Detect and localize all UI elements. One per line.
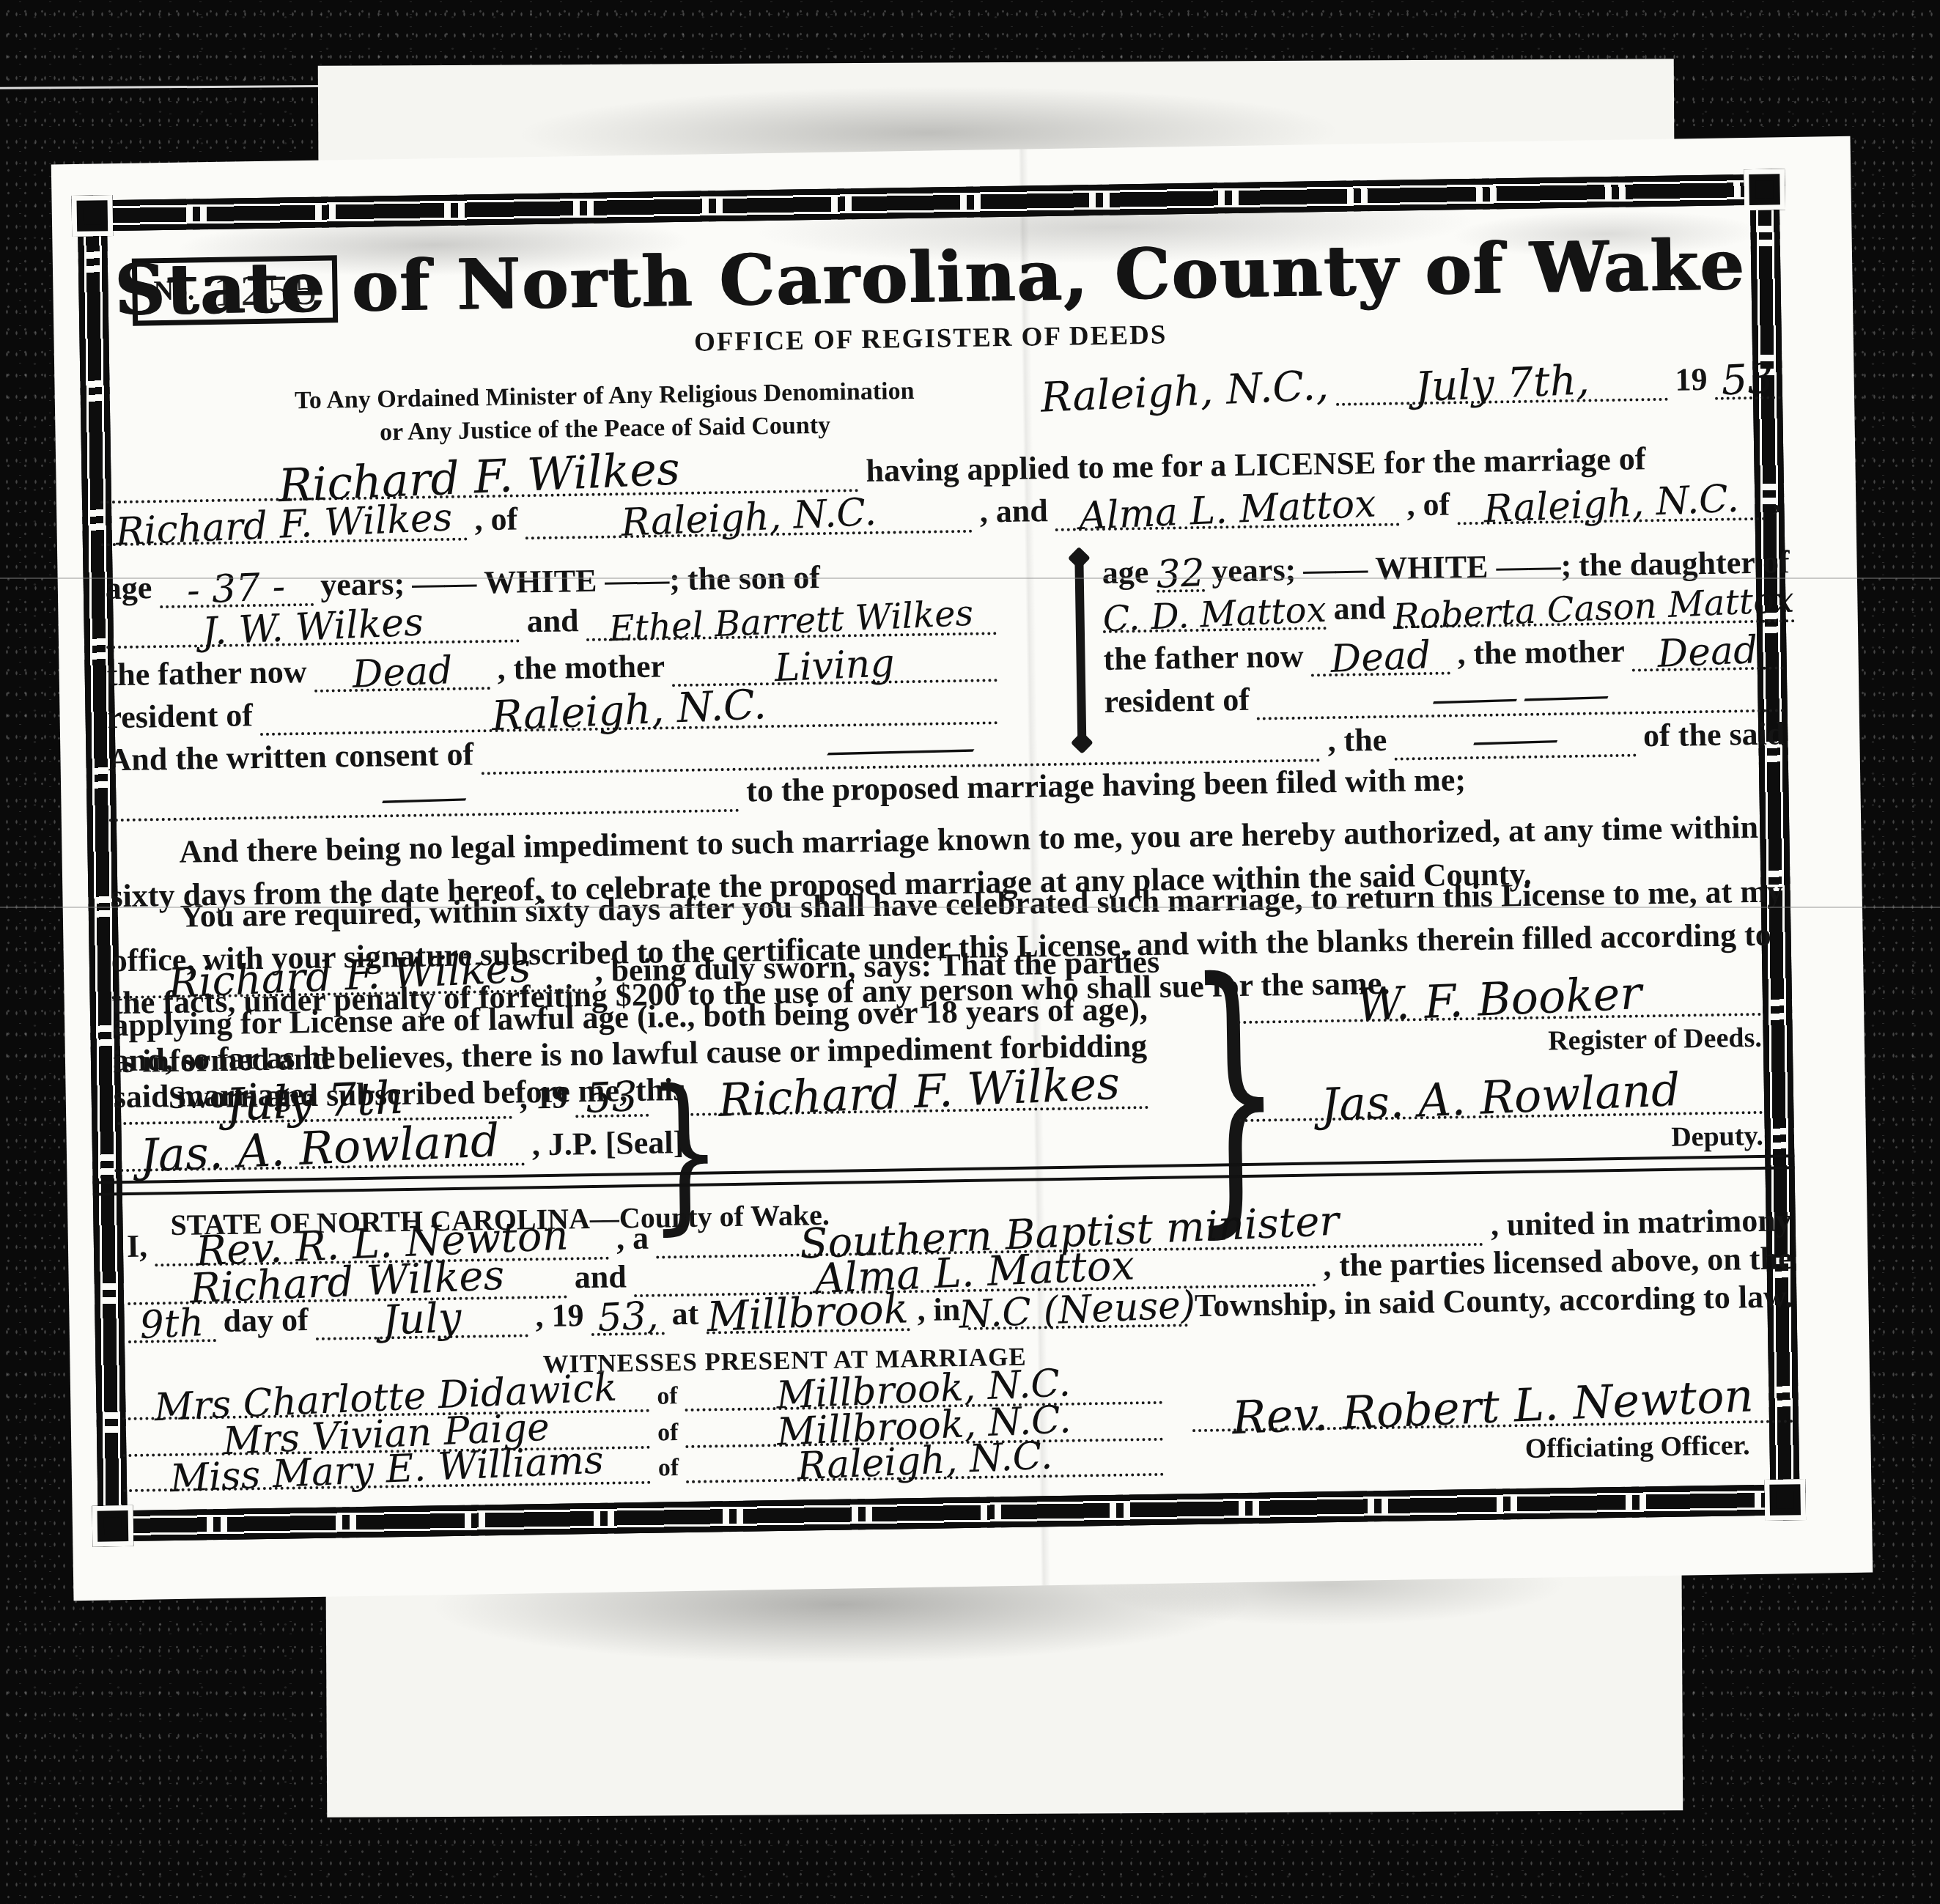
age-label: age <box>1102 554 1148 594</box>
of-label: , of <box>1406 487 1450 526</box>
consent-stroke-3: — <box>377 783 471 815</box>
a-label: , a <box>616 1220 649 1259</box>
scanner-artifact-line <box>0 907 1940 908</box>
jp-signature-handwritten: Jas. A. Rowland <box>139 1123 500 1174</box>
comma: , <box>1772 481 1781 520</box>
marriage-month-handwritten: July <box>382 1302 462 1337</box>
bride-residence-handwritten: Raleigh, N.C. <box>1483 484 1739 525</box>
year-prefix: , 19 <box>535 1298 584 1337</box>
marriage-day-handwritten: 9th <box>139 1309 204 1341</box>
witness-name-blank: Miss Mary E. Williams <box>123 1451 652 1492</box>
sworn-year-blank: 53 <box>575 1082 649 1118</box>
witness-place-handwritten: Raleigh, N.C. <box>797 1442 1053 1483</box>
witness-place-blank: Raleigh, N.C. <box>686 1443 1164 1483</box>
dateline-year-blank: 53 <box>1714 364 1781 400</box>
deputy-signature-blank: Jas. A. Rowland <box>1239 1076 1763 1123</box>
groom-mother-status-blank: Living <box>672 649 997 687</box>
dateline-row: Raleigh, N.C., July 7th, 19 53 <box>1040 353 1781 410</box>
of-label: of <box>657 1418 679 1449</box>
border-corner <box>1744 169 1785 210</box>
and-label: and <box>1333 590 1386 630</box>
bride-name-blank: Alma L. Mattox <box>1055 493 1400 531</box>
bride-age-handwritten: 32 <box>1155 558 1205 590</box>
bride-residence-blank: Raleigh, N.C. <box>1457 487 1766 525</box>
consent-blank-3: — <box>108 779 740 822</box>
dateline-date-blank: July 7th, <box>1335 366 1668 406</box>
marriage-month-blank: July <box>315 1302 528 1340</box>
groom-residence-handwritten: Raleigh, N.C. <box>621 498 877 539</box>
marriage-year-handwritten: 53, <box>597 1302 658 1334</box>
years-label: years; <box>320 566 405 605</box>
father-now-label: the father now <box>1103 638 1304 680</box>
township-label: Township, in said County, according to l… <box>1195 1279 1793 1326</box>
border-corner <box>1764 1479 1806 1521</box>
groom-mother-blank: Ethel Barrett Wilkes <box>586 605 997 641</box>
mother-label: , the mother <box>497 649 665 690</box>
bride-mother-status-blank: Dead <box>1632 637 1784 672</box>
dateline-date-handwritten: July 7th, <box>1414 365 1590 405</box>
i-label: I, <box>127 1228 148 1267</box>
groom-father-status-blank: Dead <box>314 657 490 693</box>
bride-father-status-blank: Dead <box>1310 642 1450 677</box>
register-signature-blank: W. F. Booker <box>1237 978 1762 1025</box>
dateline-place-handwritten: Raleigh, N.C., <box>1040 370 1329 415</box>
witness-name-handwritten: Miss Mary E. Williams <box>169 1446 604 1494</box>
sworn-year-prefix: , 19 <box>519 1080 568 1119</box>
applicant-signature-blank: Richard F. Wilkes <box>690 1071 1148 1116</box>
groom-name-handwritten: Richard F. Wilkes <box>115 503 453 548</box>
in-label: , in <box>917 1292 961 1332</box>
of-label: of <box>657 1381 678 1412</box>
mother-label: , the mother <box>1457 633 1625 674</box>
groom-father-status-handwritten: Dead <box>351 656 452 690</box>
groom-mother-handwritten: Ethel Barrett Wilkes <box>608 599 974 643</box>
at-label: at <box>671 1296 698 1335</box>
addressee-block: To Any Ordained Minister of Any Religiou… <box>187 374 1023 453</box>
age-label: age <box>105 570 152 610</box>
filed-with-me-label: to the proposed marriage having been fil… <box>746 762 1467 812</box>
groom-name-blank: Richard F. Wilkes <box>100 508 468 546</box>
dateline-year-handwritten: 53 <box>1721 364 1774 398</box>
dateline-year-prefix: 19 <box>1675 361 1708 400</box>
consent-blank-2: — <box>1394 724 1637 761</box>
marriage-township-blank: N.C (Neuse) <box>967 1294 1188 1330</box>
groom-father-blank: J. W. Wilkes <box>106 610 520 649</box>
bride-mother-handwritten: Roberta Cason Mattox <box>1393 586 1795 631</box>
of-label: , of <box>474 501 517 541</box>
affidavit-name-blank: Richard F. Wilkes <box>111 956 588 999</box>
and-label: , and <box>979 493 1048 533</box>
bride-father-status-handwritten: Dead <box>1329 641 1431 674</box>
groom-mother-status-handwritten: Living <box>774 649 896 685</box>
of-label: of <box>657 1453 679 1484</box>
bride-father-blank: C. D. Mattox <box>1102 599 1327 633</box>
son-of-label: the son of <box>687 559 821 599</box>
resident-of-label: resident of <box>107 698 253 739</box>
day-of-label: day of <box>223 1302 309 1341</box>
register-signature-row: W. F. Booker <box>1236 960 1761 1024</box>
bride-name-handwritten: Alma L. Mattox <box>1078 490 1376 532</box>
bride-father-handwritten: C. D. Mattox <box>1102 596 1327 633</box>
border-corner <box>92 1505 134 1547</box>
bride-mother-status-handwritten: Dead <box>1657 635 1758 669</box>
marriage-day-blank: 9th <box>128 1310 216 1343</box>
and-label: and <box>526 603 579 643</box>
deputy-signature-handwritten: Jas. A. Rowland <box>1320 1071 1681 1123</box>
groom-father-handwritten: J. W. Wilkes <box>202 608 424 648</box>
marriage-place-blank: Millbrook <box>706 1296 910 1335</box>
deputy-signature-row: Jas. A. Rowland <box>1238 1058 1763 1122</box>
groom-residence2-handwritten: Raleigh, N.C. <box>491 689 767 733</box>
bride-residence2-stroke: —— <box>1428 681 1613 716</box>
affidavit-name-handwritten: Richard F. Wilkes <box>168 953 532 1000</box>
ornate-border-top <box>78 174 1779 231</box>
applicant-signature-handwritten: Richard F. Wilkes <box>718 1066 1121 1118</box>
officiant-signature-row: Rev. Robert L. Newton <box>1192 1362 1793 1432</box>
years-label: years; <box>1211 552 1297 591</box>
bride-mother-blank: Roberta Cason Mattox <box>1393 592 1794 629</box>
officiant-signature-blank: Rev. Robert L. Newton <box>1192 1384 1793 1432</box>
sworn-year-handwritten: 53 <box>585 1081 638 1115</box>
deputy-label: Deputy. <box>1239 1121 1764 1160</box>
marriage-year-blank: 53, <box>591 1302 665 1336</box>
consent-stroke-1: — <box>818 734 983 767</box>
and-label: and <box>574 1259 627 1299</box>
marriage-place-handwritten: Millbrook <box>707 1294 910 1335</box>
officiant-signature-handwritten: Rev. Robert L. Newton <box>1231 1378 1754 1436</box>
bride-age-blank: 32 <box>1156 559 1205 593</box>
resident-of-label: resident of <box>1104 682 1250 723</box>
scanner-artifact-line <box>0 578 1940 579</box>
father-now-label: the father now <box>106 654 307 695</box>
sworn-date-handwritten: July 7th <box>225 1080 405 1123</box>
the-label: , the <box>1327 722 1387 761</box>
certificate-paper: No. 1255 State of North Carolina, County… <box>51 136 1873 1601</box>
groom-residence-blank: Raleigh, N.C. <box>525 500 973 539</box>
marriage-township-handwritten: N.C (Neuse) <box>959 1291 1196 1331</box>
border-corner <box>71 195 113 237</box>
register-signature-handwritten: W. F. Booker <box>1356 975 1642 1023</box>
consent-stroke-2: — <box>1468 725 1563 757</box>
scanned-marriage-license: No. 1255 State of North Carolina, County… <box>0 0 1940 1904</box>
register-of-deeds-label: Register of Deeds. <box>1238 1023 1763 1062</box>
column-divider-ornament <box>1074 556 1086 745</box>
applicant-signature-row: Richard F. Wilkes <box>690 1056 1148 1116</box>
jp-signature-blank: Jas. A. Rowland <box>114 1127 525 1172</box>
of-the-said-label: of the said <box>1643 716 1785 757</box>
